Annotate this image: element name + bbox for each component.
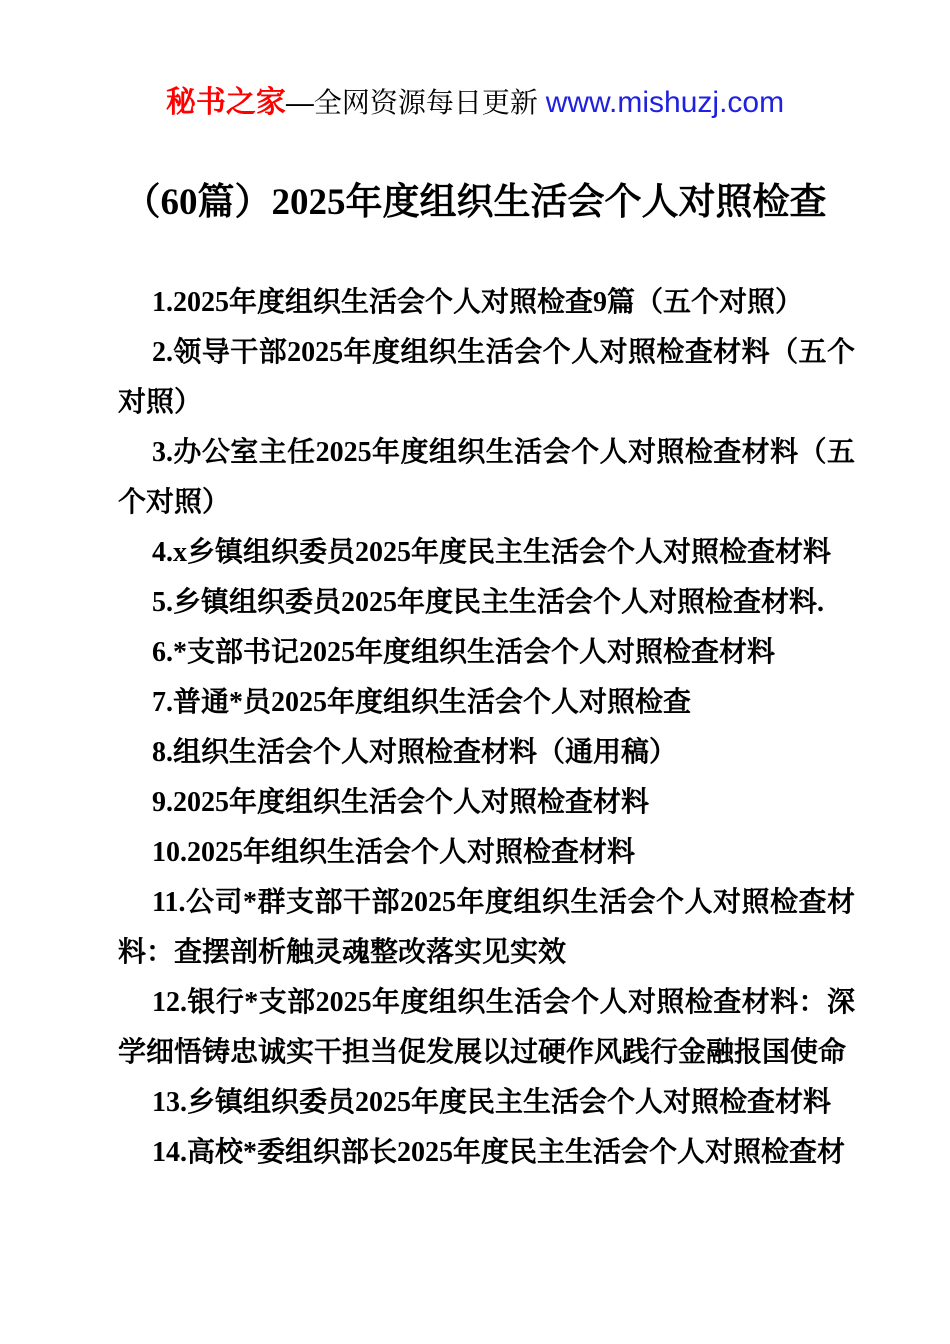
list-item: 1.2025年度组织生活会个人对照检查9篇（五个对照） [118,278,855,328]
list-item: 7.普通*员2025年度组织生活会个人对照检查 [118,678,855,728]
list-item: 11.公司*群支部干部2025年度组织生活会个人对照检查材料：查摆剖析触灵魂整改… [118,878,855,978]
list-item: 2.领导干部2025年度组织生活会个人对照检查材料（五个对照） [118,328,855,428]
list-item: 14.高校*委组织部长2025年度民主生活会个人对照检查材 [118,1128,855,1178]
site-url-link[interactable]: www.mishuzj.com [546,86,784,119]
document-page: 秘书之家—全网资源每日更新 www.mishuzj.com （60篇）2025年… [0,0,950,1344]
list-item: 8.组织生活会个人对照检查材料（通用稿） [118,728,855,778]
list-item: 10.2025年组织生活会个人对照检查材料 [118,828,855,878]
document-title: （60篇）2025年度组织生活会个人对照检查 [40,181,910,225]
list-item: 3.办公室主任2025年度组织生活会个人对照检查材料（五个对照） [118,428,855,528]
list-item: 5.乡镇组织委员2025年度民主生活会个人对照检查材料. [118,578,855,628]
site-name: 秘书之家 [166,86,286,119]
list-item: 13.乡镇组织委员2025年度民主生活会个人对照检查材料 [118,1078,855,1128]
list-item: 9.2025年度组织生活会个人对照检查材料 [118,778,855,828]
list-item: 12.银行*支部2025年度组织生活会个人对照检查材料：深学细悟铸忠诚实干担当促… [118,978,855,1078]
site-header: 秘书之家—全网资源每日更新 www.mishuzj.com [0,86,950,120]
list-item: 6.*支部书记2025年度组织生活会个人对照检查材料 [118,628,855,678]
list-item: 4.x乡镇组织委员2025年度民主生活会个人对照检查材料 [118,528,855,578]
toc-list: 1.2025年度组织生活会个人对照检查9篇（五个对照）2.领导干部2025年度组… [118,278,855,1178]
site-tagline: —全网资源每日更新 [286,87,546,118]
